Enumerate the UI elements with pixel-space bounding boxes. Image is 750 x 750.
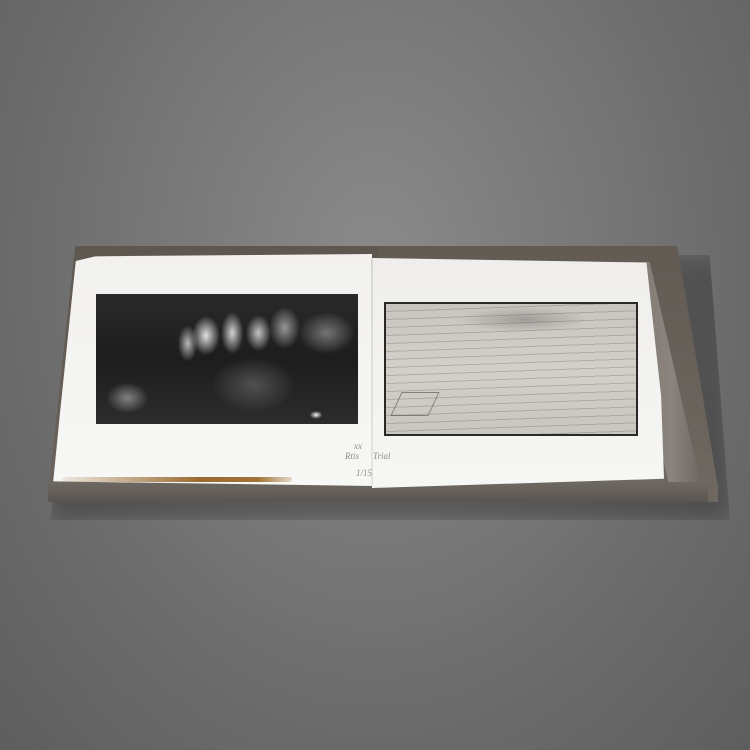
aquatint-print: [96, 294, 358, 424]
pencil-annotation: xx: [354, 441, 362, 451]
pencil-annotation: Trial: [373, 451, 391, 461]
pencil-annotation: Rtis: [345, 451, 359, 461]
page-edge-stain: [62, 477, 292, 482]
pencil-annotation: 1/15: [356, 468, 372, 478]
photo-scene: xx Rtis Trial 1/15: [0, 0, 750, 750]
